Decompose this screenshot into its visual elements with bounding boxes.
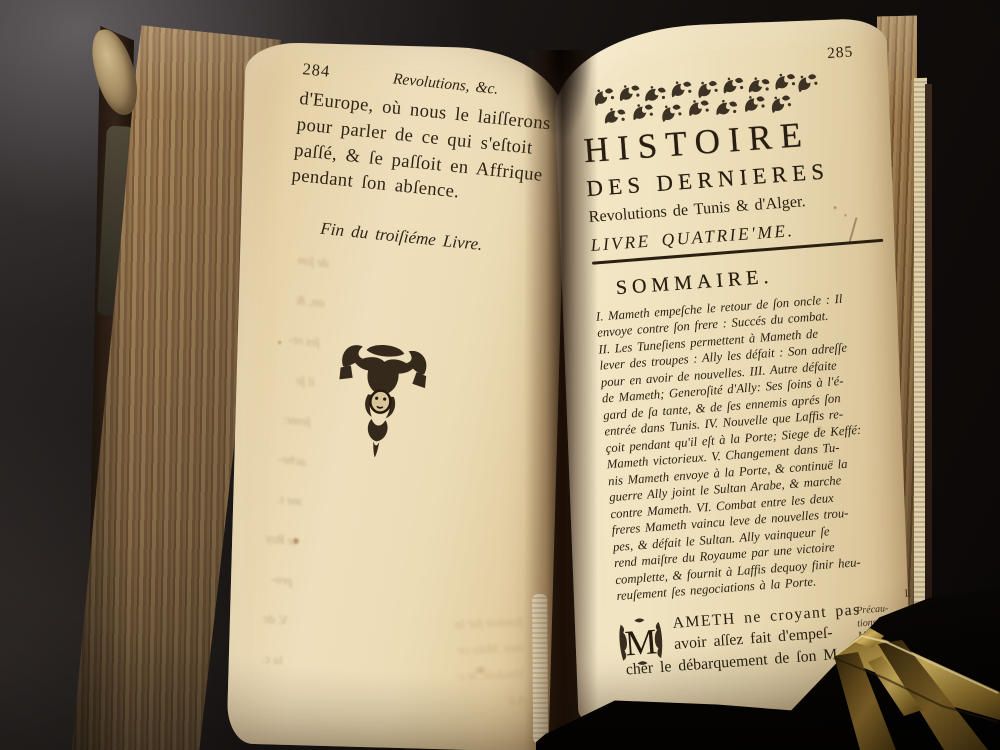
tailpiece-ornament-icon <box>326 335 436 466</box>
book-end-colophon: Fin du troiſiéme Livre. <box>286 216 539 261</box>
cover-edge-strip <box>925 84 932 684</box>
ghost-line: V. de <box>226 594 290 641</box>
left-page: de ſonon, &ſes re-il ſeſente:ache-me t.l… <box>226 42 567 750</box>
page-number: 284 <box>302 59 332 82</box>
drop-cap-initial: M <box>616 615 665 666</box>
ghost-line: pro- <box>230 554 294 601</box>
brass-object <box>826 598 1000 750</box>
left-page-text-block: 284 Revolutions, &c. d'Europe, où nous l… <box>264 59 554 476</box>
showthrough-ghost-text-bottom: fondoit ſur lamer. Mais ceVandale, le c.… <box>323 609 527 721</box>
right-page-text-block: 285 <box>577 41 924 681</box>
drop-cap-letter: M <box>624 621 659 663</box>
ghost-line: le Roy <box>235 515 299 562</box>
inner-page-edges <box>532 594 548 744</box>
ghost-line: la c. <box>221 634 285 681</box>
ghost-line: me t. <box>239 475 303 522</box>
photo-scene: de ſonon, &ſes re-il ſeſente:ache-me t.l… <box>0 0 1000 750</box>
body-paragraph: d'Europe, où nous le laiſſeronspour parl… <box>290 86 551 214</box>
sommaire-paragraph: I. Mameth empeſche le retour de ſon oncl… <box>595 286 918 604</box>
